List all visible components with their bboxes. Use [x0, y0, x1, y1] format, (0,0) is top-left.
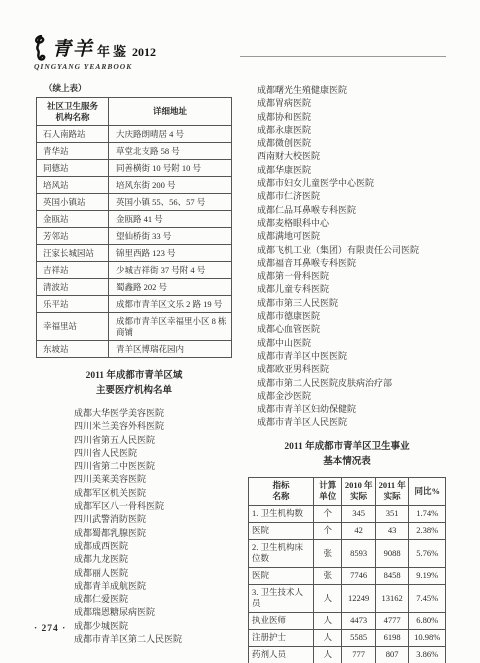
table-header-cell: 同比%	[409, 477, 446, 505]
table-cell: 10.98%	[409, 629, 446, 646]
table-cell: 4473	[342, 612, 376, 629]
hospital-list-item: 四川美莱美容医院	[74, 473, 232, 486]
hospital-list-item: 四川省第二中医医院	[74, 460, 232, 473]
table-cell: 9088	[375, 539, 409, 567]
table-cell: 芳邻站	[37, 228, 109, 245]
table-cell: 成都市青羊区文乐 2 路 19 号	[109, 296, 232, 313]
table-cell: 培风站	[37, 177, 109, 194]
table-cell: 个	[313, 522, 341, 539]
right-section-title-line1: 2011 年成都市青羊区卫生事业	[248, 440, 446, 455]
table-cell: 幸福里站	[37, 313, 109, 341]
table-cell: 张	[313, 539, 341, 567]
table-cell: 2. 卫生机构床位数	[249, 539, 314, 567]
hospital-list-item: 成都市德康医院	[257, 310, 446, 323]
table-row: 芳邻站望仙桥街 33 号	[37, 228, 232, 245]
table-cell: 9.19%	[409, 567, 446, 584]
hospital-list-item: 成都麦格眼科中心	[257, 217, 446, 230]
table-cell: 医院	[249, 567, 314, 584]
logo-title: 青羊	[52, 34, 94, 61]
table-row: 3. 卫生技术人员人12249131627.45%	[249, 584, 446, 612]
hospital-list-item: 四川省第五人民医院	[74, 434, 232, 447]
table-row: 东坡站青羊区博瑞花园内	[37, 341, 232, 358]
hospital-list-item: 成都市青羊区人民医院	[257, 416, 446, 429]
hospital-list-item: 成都永康医院	[257, 124, 446, 137]
logo-title2: 年鉴	[97, 41, 129, 61]
table-cell: 人	[313, 629, 341, 646]
hospital-list-item: 西南财大校医院	[257, 150, 446, 163]
hospital-list-item: 成都市妇女儿童医学中心医院	[257, 177, 446, 190]
table-cell: 人	[313, 646, 341, 663]
table-cell: 8593	[342, 539, 376, 567]
medical-institutions-list-right: 成都曙光生殖健康医院成都胃病医院成都协和医院成都永康医院成都微创医院西南财大校医…	[248, 84, 446, 430]
table-cell: 注册护士	[249, 629, 314, 646]
hospital-list-item: 成都金沙医院	[257, 390, 446, 403]
table-row: 金瓯站金瓯路 41 号	[37, 211, 232, 228]
table-cell: 2.38%	[409, 522, 446, 539]
hospital-list-item: 成都满地可医院	[257, 230, 446, 243]
table-cell: 乐平站	[37, 296, 109, 313]
hospital-list-item: 成都军区八一骨科医院	[74, 500, 232, 513]
table-cell: 医院	[249, 522, 314, 539]
table-cell: 青羊区博瑞花园内	[109, 341, 232, 358]
table-cell: 汪家长城园站	[37, 245, 109, 262]
hospital-list-item: 成都欧亚男科医院	[257, 363, 446, 376]
hospital-list-item: 成都九龙医院	[74, 553, 232, 566]
table-cell: 同德站	[37, 160, 109, 177]
table-cell: 金瓯路 41 号	[109, 211, 232, 228]
table-row: 幸福里站成都市青羊区幸福里小区 8 栋商铺	[37, 313, 232, 341]
hospital-list-item: 成都儿童专科医院	[257, 283, 446, 296]
table-cell: 7.45%	[409, 584, 446, 612]
table-cell: 13162	[375, 584, 409, 612]
table-cell: 成都市青羊区幸福里小区 8 栋商铺	[109, 313, 232, 341]
table-cell: 石人南路站	[37, 126, 109, 143]
table-cell: 6.80%	[409, 612, 446, 629]
hospital-list-item: 成都成西医院	[74, 540, 232, 553]
table-cell: 英国小镇站	[37, 194, 109, 211]
hospital-list-item: 成都仁爱医院	[74, 593, 232, 606]
hospital-list-item: 成都微创医院	[257, 137, 446, 150]
table-row: 医院张774684589.19%	[249, 567, 446, 584]
table-row: 清波站蜀鑫路 202 号	[37, 279, 232, 296]
hospital-list-item: 成都华康医院	[257, 164, 446, 177]
hospital-list-item: 成都市第三人民医院	[257, 297, 446, 310]
table-cell: 5.76%	[409, 539, 446, 567]
health-statistics-table: 指标 名称计算 单位2010 年 实际2011 年 实际同比%1. 卫生机构数个…	[248, 477, 446, 663]
table-cell: 42	[342, 522, 376, 539]
table-row: 同德站同善横街 10 号附 10 号	[37, 160, 232, 177]
header-divider	[240, 56, 446, 57]
table-cell: 8458	[375, 567, 409, 584]
table-row: 青华站草堂北支路 58 号	[37, 143, 232, 160]
table-row: 1. 卫生机构数个3453511.74%	[249, 505, 446, 522]
table-row: 乐平站成都市青羊区文乐 2 路 19 号	[37, 296, 232, 313]
table-cell: 金瓯站	[37, 211, 109, 228]
community-health-station-table: 社区卫生服务 机构名称详细地址石人南路站大庆路朗晴居 4 号青华站草堂北支路 5…	[36, 97, 232, 358]
hospital-list-item: 成都第一骨科医院	[257, 270, 446, 283]
hospital-list-item: 四川省人民医院	[74, 447, 232, 460]
table-cell: 6198	[375, 629, 409, 646]
table-row: 药剂人员人7778073.86%	[249, 646, 446, 663]
left-section-title-line1: 2011 年成都市青羊区域	[36, 369, 232, 384]
logo-year: 2012	[132, 45, 156, 61]
table-header-row: 社区卫生服务 机构名称详细地址	[37, 98, 232, 126]
hospital-list-item: 成都胃病医院	[257, 97, 446, 110]
table-cell: 7746	[342, 567, 376, 584]
table-cell: 5585	[342, 629, 376, 646]
table-cell: 执业医师	[249, 612, 314, 629]
table-cell: 1. 卫生机构数	[249, 505, 314, 522]
table-header-cell: 社区卫生服务 机构名称	[37, 98, 109, 126]
table-cell: 345	[342, 505, 376, 522]
hospital-list-item: 成都福音耳鼻喉专科医院	[257, 257, 446, 270]
right-column: 成都曙光生殖健康医院成都胃病医院成都协和医院成都永康医院成都微创医院西南财大校医…	[248, 84, 446, 663]
hospital-list-item: 成都蜀都乳腺医院	[74, 527, 232, 540]
table-header-cell: 2010 年 实际	[342, 477, 376, 505]
table-cell: 药剂人员	[249, 646, 314, 663]
hospital-list-item: 成都市第二人民医院皮肤病治疗部	[257, 377, 446, 390]
hospital-list-item: 成都市青羊区妇幼保健院	[257, 403, 446, 416]
right-section-title-line2: 基本情况表	[248, 455, 446, 470]
page-header: 青羊 年鉴 2012 QINGYANG YEARBOOK	[34, 34, 156, 68]
table-row: 医院个42432.38%	[249, 522, 446, 539]
table-cell: 望仙桥街 33 号	[109, 228, 232, 245]
table-cell: 吉祥站	[37, 262, 109, 279]
table-row: 石人南路站大庆路朗晴居 4 号	[37, 126, 232, 143]
table-header-cell: 详细地址	[109, 98, 232, 126]
hospital-list-item: 成都丽人医院	[74, 567, 232, 580]
hospital-list-item: 成都青羊成航医院	[74, 580, 232, 593]
table-cell: 英国小镇 55、56、57 号	[109, 194, 232, 211]
yearbook-page: 青羊 年鉴 2012 QINGYANG YEARBOOK （续上表） 社区卫生服…	[0, 0, 480, 663]
left-section-title: 2011 年成都市青羊区域 主要医疗机构名单	[36, 369, 232, 399]
table-row: 吉祥站少城吉祥街 37 号附 4 号	[37, 262, 232, 279]
ink-brush-logo-icon	[34, 35, 49, 61]
hospital-list-item: 成都仁品耳鼻喉专科医院	[257, 204, 446, 217]
table-cell: 777	[342, 646, 376, 663]
table-row: 培风站培风东街 200 号	[37, 177, 232, 194]
table-cell: 807	[375, 646, 409, 663]
table-continuation-note: （续上表）	[36, 82, 232, 94]
table-cell: 12249	[342, 584, 376, 612]
hospital-list-item: 成都军区机关医院	[74, 487, 232, 500]
table-cell: 青华站	[37, 143, 109, 160]
table-cell: 43	[375, 522, 409, 539]
hospital-list-item: 成都中山医院	[257, 337, 446, 350]
hospital-list-item: 成都市仁济医院	[257, 190, 446, 203]
hospital-list-item: 成都市青羊区中医医院	[257, 350, 446, 363]
table-cell: 张	[313, 567, 341, 584]
table-cell: 4777	[375, 612, 409, 629]
left-section-title-line2: 主要医疗机构名单	[36, 384, 232, 399]
hospital-list-item: 成都协和医院	[257, 111, 446, 124]
hospital-list-item: 四川米兰美容外科医院	[74, 420, 232, 433]
table-cell: 东坡站	[37, 341, 109, 358]
table-row: 汪家长城园站锦里西路 123 号	[37, 245, 232, 262]
hospital-list-item: 成都心血管医院	[257, 323, 446, 336]
table-cell: 人	[313, 612, 341, 629]
table-cell: 大庆路朗晴居 4 号	[109, 126, 232, 143]
hospital-list-item: 成都少城医院	[74, 620, 232, 633]
page-number: · 274 ·	[34, 624, 66, 634]
table-row: 2. 卫生机构床位数张859390885.76%	[249, 539, 446, 567]
table-cell: 同善横街 10 号附 10 号	[109, 160, 232, 177]
hospital-list-item: 成都瑞恩糖尿病医院	[74, 606, 232, 619]
right-section-title: 2011 年成都市青羊区卫生事业 基本情况表	[248, 440, 446, 470]
table-cell: 1.74%	[409, 505, 446, 522]
table-cell: 个	[313, 505, 341, 522]
table-header-row: 指标 名称计算 单位2010 年 实际2011 年 实际同比%	[249, 477, 446, 505]
table-cell: 3. 卫生技术人员	[249, 584, 314, 612]
table-cell: 培风东街 200 号	[109, 177, 232, 194]
table-row: 英国小镇站英国小镇 55、56、57 号	[37, 194, 232, 211]
table-cell: 少城吉祥街 37 号附 4 号	[109, 262, 232, 279]
medical-institutions-list-left: 成都大华医学美容医院四川米兰美容外科医院四川省第五人民医院四川省人民医院四川省第…	[36, 407, 232, 646]
table-header-cell: 2011 年 实际	[375, 477, 409, 505]
table-cell: 3.86%	[409, 646, 446, 663]
table-header-cell: 指标 名称	[249, 477, 314, 505]
hospital-list-item: 成都大华医学美容医院	[74, 407, 232, 420]
table-cell: 草堂北支路 58 号	[109, 143, 232, 160]
table-cell: 清波站	[37, 279, 109, 296]
table-row: 注册护士人5585619810.98%	[249, 629, 446, 646]
table-cell: 人	[313, 584, 341, 612]
table-cell: 蜀鑫路 202 号	[109, 279, 232, 296]
logo-subtitle: QINGYANG YEARBOOK	[34, 62, 156, 71]
hospital-list-item: 成都曙光生殖健康医院	[257, 84, 446, 97]
table-cell: 351	[375, 505, 409, 522]
left-column: （续上表） 社区卫生服务 机构名称详细地址石人南路站大庆路朗晴居 4 号青华站草…	[36, 82, 232, 646]
hospital-list-item: 成都飞机工业（集团）有限责任公司医院	[257, 244, 446, 257]
table-row: 执业医师人447347776.80%	[249, 612, 446, 629]
hospital-list-item: 成都市青羊区第二人民医院	[74, 633, 232, 646]
table-header-cell: 计算 单位	[313, 477, 341, 505]
table-cell: 锦里西路 123 号	[109, 245, 232, 262]
hospital-list-item: 四川武警消防医院	[74, 513, 232, 526]
